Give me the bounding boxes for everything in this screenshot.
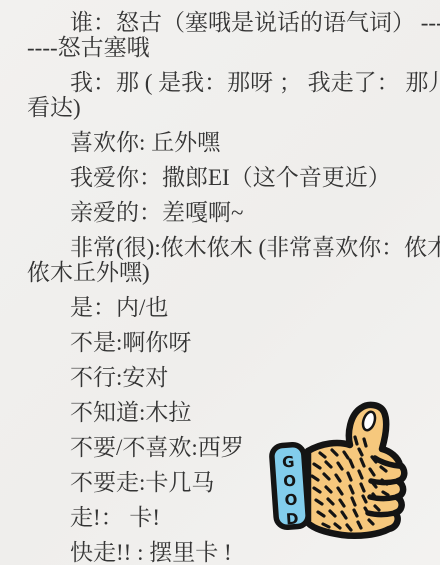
phrase-line: 亲爱的：差嘎啊~ bbox=[0, 200, 440, 225]
phrase-line: 不行:安对 bbox=[0, 365, 440, 390]
cuff-letter-o2: O bbox=[284, 491, 298, 510]
thumbs-up-icon: G O O D bbox=[262, 399, 410, 543]
phrase-line-continuation: 侬木丘外嘿) bbox=[0, 260, 440, 285]
cuff-letter-d: D bbox=[285, 510, 299, 529]
phrase-line: 快走!! : 摆里卡 ! bbox=[0, 540, 440, 565]
phrase-line: 非常(很):侬木侬木 (非常喜欢你：侬木 bbox=[0, 235, 440, 260]
phrase-line: 喜欢你: 丘外嘿 bbox=[0, 130, 440, 155]
phrase-line: 我爱你：撒郎EI（这个音更近） bbox=[0, 165, 440, 190]
cuff-letter-g: G bbox=[282, 453, 296, 472]
phrase-line: 谁：怒古（塞哦是说话的语气词） ---- bbox=[0, 10, 440, 35]
phrase-line: 不是:啊你呀 bbox=[0, 330, 440, 355]
thumbs-up-good-sticker: G O O D bbox=[262, 399, 410, 543]
cuff-letter-o1: O bbox=[283, 472, 297, 491]
phrase-line: 是：内/也 bbox=[0, 295, 440, 320]
phrase-line-continuation: ----怒古塞哦 bbox=[0, 35, 440, 60]
phrase-line-continuation: 看达) bbox=[0, 95, 440, 120]
good-cuff: G O O D bbox=[271, 444, 309, 529]
phrase-line: 我：那 ( 是我：那呀 ； 我走了： 那儿 bbox=[0, 70, 440, 95]
scanned-phrasebook-page: 谁：怒古（塞哦是说话的语气词） ---- ----怒古塞哦 我：那 ( 是我：那… bbox=[0, 0, 440, 565]
